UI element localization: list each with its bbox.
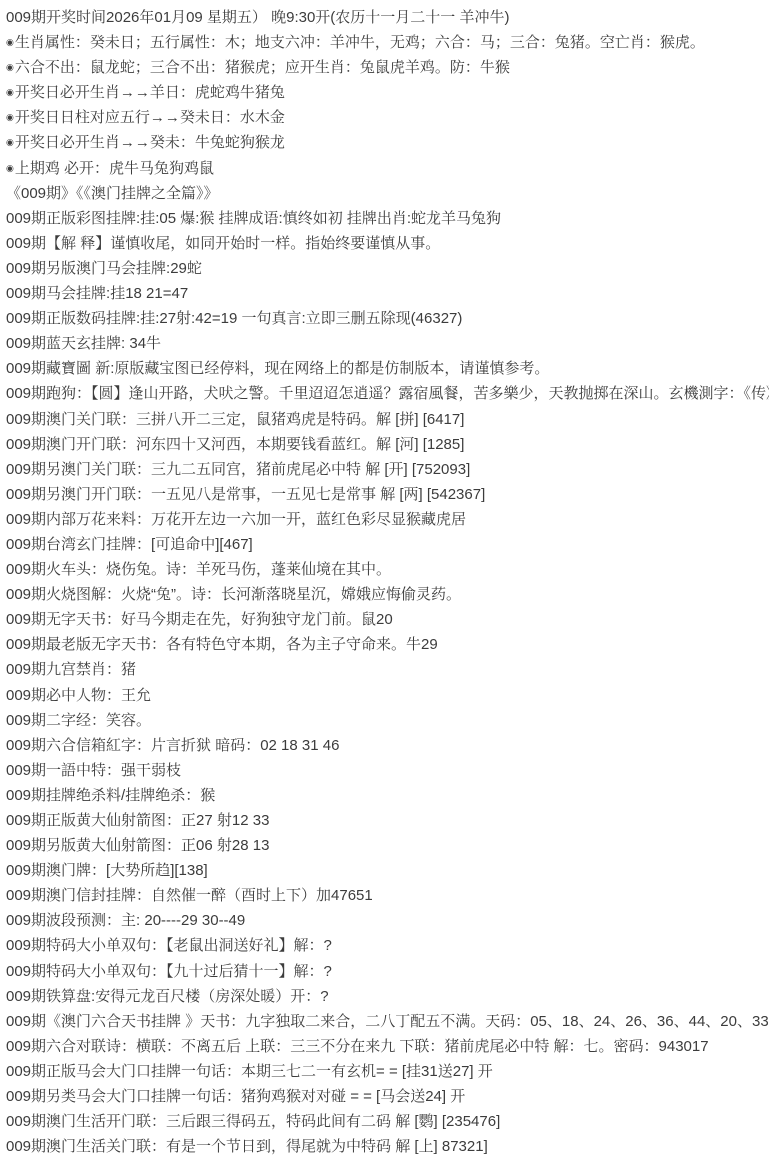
report-line: ◉六合不出：鼠龙蛇；三合不出：猪猴虎；应开生肖：兔鼠虎羊鸡。防：牛猴 [6, 55, 761, 80]
line-text: 009期六合信箱紅字：片言折狱 暗码：02 18 31 46 [6, 737, 339, 754]
line-text: 009期波段预测：主: 20----29 30--49 [6, 912, 245, 929]
report-line: ◉开奖日必开生肖→→癸未：牛兔蛇狗猴龙 [6, 130, 761, 155]
line-text: 009期另澳门开门联：一五见八是常事，一五见七是常事 解 [两] [542367… [6, 486, 485, 503]
report-line: 009期另澳门开门联：一五见八是常事，一五见七是常事 解 [两] [542367… [6, 482, 761, 507]
line-text: 009期九宫禁肖：猪 [6, 661, 136, 678]
report-line: 009期六合信箱紅字：片言折狱 暗码：02 18 31 46 [6, 733, 761, 758]
line-text: 009期另版黄大仙射箭图：正06 射28 13 [6, 837, 269, 854]
report-line: 009期一語中特：强干弱枝 [6, 758, 761, 783]
line-text: 009期开奖时间2026年01月09 星期五） 晚9:30开(农历十一月二十一 … [6, 9, 509, 26]
report-line: 009期正版马会大门口挂牌一句话：本期三七二一有玄机= = [挂31送27] 开 [6, 1059, 761, 1084]
line-text: 009期正版彩图挂牌:挂:05 爆:猴 挂牌成语:慎终如初 挂牌出肖:蛇龙羊马兔… [6, 210, 501, 227]
report-line: 009期澳门生活开门联：三后跟三得码五，特码此间有二码 解 [鹦] [23547… [6, 1109, 761, 1134]
report-line: ◉上期鸡 必开：虎牛马兔狗鸡鼠 [6, 156, 761, 181]
line-text: 009期澳门信封挂牌：自然催一醉（酉时上下）加47651 [6, 887, 373, 904]
report-line: 009期澳门牌：[大势所趋][138] [6, 858, 761, 883]
report-line: 009期另澳门关门联：三九二五同宫，猪前虎尾必中特 解 [开] [752093] [6, 457, 761, 482]
line-text: 009期特码大小单双句：【九十过后猜十一】解：? [6, 963, 332, 980]
report-line: 009期正版彩图挂牌:挂:05 爆:猴 挂牌成语:慎终如初 挂牌出肖:蛇龙羊马兔… [6, 206, 761, 231]
line-text: 上期鸡 必开：虎牛马兔狗鸡鼠 [15, 160, 214, 177]
report-line: ◉开奖日日柱对应五行→→癸未日：水木金 [6, 105, 761, 130]
report-line: 009期澳门生活关门联：有是一个节日到，得尾就为中特码 解 [上] 87321] [6, 1134, 761, 1159]
report-line: 009期六合对联诗：横联：不离五后 上联：三三不分在来九 下联：猪前虎尾必中特 … [6, 1034, 761, 1059]
report-line: 009期另版澳门马会挂牌:29蛇 [6, 256, 761, 281]
line-text: 009期正版数码挂牌:挂:27射:42=19 一句真言:立即三删五除现(4632… [6, 310, 462, 327]
line-text: 009期无字天书：好马今期走在先，好狗独守龙门前。鼠20 [6, 611, 393, 628]
line-text: 009期藏寶圖 新:原版藏宝图已经停料，现在网络上的都是仿制版本，请谨慎参考。 [6, 360, 549, 377]
report-line: 009期另类马会大门口挂牌一句话：猪狗鸡猴对对碰 = = [马会送24] 开 [6, 1084, 761, 1109]
report-line: 009期藏寶圖 新:原版藏宝图已经停料，现在网络上的都是仿制版本，请谨慎参考。 [6, 356, 761, 381]
bullet-icon: ◉ [6, 163, 14, 173]
report-line: 009期必中人物：王允 [6, 683, 761, 708]
line-text: 生肖属性：癸未日；五行属性：木；地支六冲：羊冲牛，无鸡；六合：马；三合：兔猪。空… [15, 34, 705, 51]
report-line: 009期挂牌绝杀料/挂牌绝杀：猴 [6, 783, 761, 808]
line-text: 009期另版澳门马会挂牌:29蛇 [6, 260, 202, 277]
line-text: 009期必中人物：王允 [6, 687, 151, 704]
report-line: 009期最老版无字天书：各有特色守本期，各为主子守命来。牛29 [6, 632, 761, 657]
line-text: 009期六合对联诗：横联：不离五后 上联：三三不分在来九 下联：猪前虎尾必中特 … [6, 1038, 709, 1055]
line-text: 009期马会挂牌:挂18 21=47 [6, 285, 188, 302]
report-line: 009期台湾玄门挂牌：[可追命中][467] [6, 532, 761, 557]
report-line: 009期澳门关门联：三拼八开二三定，鼠猪鸡虎是特码。解 [拼] [6417] [6, 407, 761, 432]
line-text: 009期另类马会大门口挂牌一句话：猪狗鸡猴对对碰 = = [马会送24] 开 [6, 1088, 465, 1105]
line-text: 009期挂牌绝杀料/挂牌绝杀：猴 [6, 787, 215, 804]
line-text: 009期二字经：笑容。 [6, 712, 151, 729]
report-line: 009期火车头：烧伤兔。诗：羊死马伤，蓬莱仙境在其中。 [6, 557, 761, 582]
report-line: 009期澳门开门联：河东四十又河西，本期要钱看蓝红。解 [河] [1285] [6, 432, 761, 457]
report-line: 009期九宫禁肖：猪 [6, 657, 761, 682]
line-text: 009期另澳门关门联：三九二五同宫，猪前虎尾必中特 解 [开] [752093] [6, 461, 470, 478]
report-line: 009期正版数码挂牌:挂:27射:42=19 一句真言:立即三删五除现(4632… [6, 306, 761, 331]
report-line: ◉开奖日必开生肖→→羊日：虎蛇鸡牛猪兔 [6, 80, 761, 105]
line-text: 009期特码大小单双句：【老鼠出洞送好礼】解：? [6, 937, 332, 954]
report-line: 009期蓝天玄挂牌: 34牛 [6, 331, 761, 356]
report-line: 009期内部万花来料：万花开左边一六加一开，蓝红色彩尽显猴藏虎居 [6, 507, 761, 532]
line-text: 009期澳门生活开门联：三后跟三得码五，特码此间有二码 解 [鹦] [23547… [6, 1113, 500, 1130]
report-line: 009期马会挂牌:挂18 21=47 [6, 281, 761, 306]
report-line: 009期火烧图解：火烧“兔”。诗：长河渐落晓星沉，嫦娥应悔偷灵药。 [6, 582, 761, 607]
report-line: 009期《澳门六合天书挂牌 》天书：九字独取二来合，二八丁配五不满。天码：05、… [6, 1009, 761, 1034]
report-line: 009期特码大小单双句：【九十过后猜十一】解：? [6, 959, 761, 984]
line-text: 009期最老版无字天书：各有特色守本期，各为主子守命来。牛29 [6, 636, 438, 653]
line-text: 开奖日必开生肖→→羊日：虎蛇鸡牛猪兔 [15, 84, 285, 101]
bullet-icon: ◉ [6, 37, 14, 47]
bullet-icon: ◉ [6, 112, 14, 122]
line-text: 009期内部万花来料：万花开左边一六加一开，蓝红色彩尽显猴藏虎居 [6, 511, 466, 528]
line-text: 009期火车头：烧伤兔。诗：羊死马伤，蓬莱仙境在其中。 [6, 561, 391, 578]
bullet-icon: ◉ [6, 62, 14, 72]
report-line: 009期开奖时间2026年01月09 星期五） 晚9:30开(农历十一月二十一 … [6, 5, 761, 30]
report-line: 《009期》《《澳门挂牌之全篇》》 [6, 181, 761, 206]
report-line: 009期无字天书：好马今期走在先，好狗独守龙门前。鼠20 [6, 607, 761, 632]
line-text: 009期铁算盘:安得元龙百尺楼（房深处暖）开：? [6, 988, 329, 1005]
line-text: 009期火烧图解：火烧“兔”。诗：长河渐落晓星沉，嫦娥应悔偷灵药。 [6, 586, 461, 603]
line-text: 009期澳门生活关门联：有是一个节日到，得尾就为中特码 解 [上] 87321] [6, 1138, 488, 1155]
bullet-icon: ◉ [6, 87, 14, 97]
report-line: 009期【解 释】谨慎收尾，如同开始时一样。指始终要谨慎从事。 [6, 231, 761, 256]
line-text: 《009期》《《澳门挂牌之全篇》》 [6, 185, 219, 202]
lottery-report: 009期开奖时间2026年01月09 星期五） 晚9:30开(农历十一月二十一 … [0, 0, 769, 1160]
line-text: 009期蓝天玄挂牌: 34牛 [6, 335, 161, 352]
line-text: 009期《澳门六合天书挂牌 》天书：九字独取二来合，二八丁配五不满。天码：05、… [6, 1013, 769, 1030]
line-text: 六合不出：鼠龙蛇；三合不出：猪猴虎；应开生肖：兔鼠虎羊鸡。防：牛猴 [15, 59, 510, 76]
report-line: ◉生肖属性：癸未日；五行属性：木；地支六冲：羊冲牛，无鸡；六合：马；三合：兔猪。… [6, 30, 761, 55]
line-text: 009期正版黄大仙射箭图：正27 射12 33 [6, 812, 269, 829]
line-text: 009期一語中特：强干弱枝 [6, 762, 181, 779]
report-line: 009期波段预测：主: 20----29 30--49 [6, 908, 761, 933]
line-text: 009期澳门开门联：河东四十又河西，本期要钱看蓝红。解 [河] [1285] [6, 436, 464, 453]
line-text: 009期澳门关门联：三拼八开二三定，鼠猪鸡虎是特码。解 [拼] [6417] [6, 411, 464, 428]
report-line: 009期特码大小单双句：【老鼠出洞送好礼】解：? [6, 933, 761, 958]
line-text: 009期澳门牌：[大势所趋][138] [6, 862, 208, 879]
line-text: 开奖日日柱对应五行→→癸未日：水木金 [15, 109, 285, 126]
line-text: 009期台湾玄门挂牌：[可追命中][467] [6, 536, 253, 553]
report-line: 009期跑狗：【圆】逢山开路，犬吠之警。千里迢迢怎逍遥？露宿風餐，苦多樂少，天教… [6, 381, 761, 406]
report-line: 009期澳门信封挂牌：自然催一醉（酉时上下）加47651 [6, 883, 761, 908]
bullet-icon: ◉ [6, 137, 14, 147]
report-line: 009期铁算盘:安得元龙百尺楼（房深处暖）开：? [6, 984, 761, 1009]
line-text: 开奖日必开生肖→→癸未：牛兔蛇狗猴龙 [15, 134, 285, 151]
report-line: 009期正版黄大仙射箭图：正27 射12 33 [6, 808, 761, 833]
line-text: 009期【解 释】谨慎收尾，如同开始时一样。指始终要谨慎从事。 [6, 235, 440, 252]
line-text: 009期跑狗：【圆】逢山开路，犬吠之警。千里迢迢怎逍遥？露宿風餐，苦多樂少，天教… [6, 385, 769, 402]
report-line: 009期二字经：笑容。 [6, 708, 761, 733]
report-line: 009期另版黄大仙射箭图：正06 射28 13 [6, 833, 761, 858]
line-text: 009期正版马会大门口挂牌一句话：本期三七二一有玄机= = [挂31送27] 开 [6, 1063, 493, 1080]
